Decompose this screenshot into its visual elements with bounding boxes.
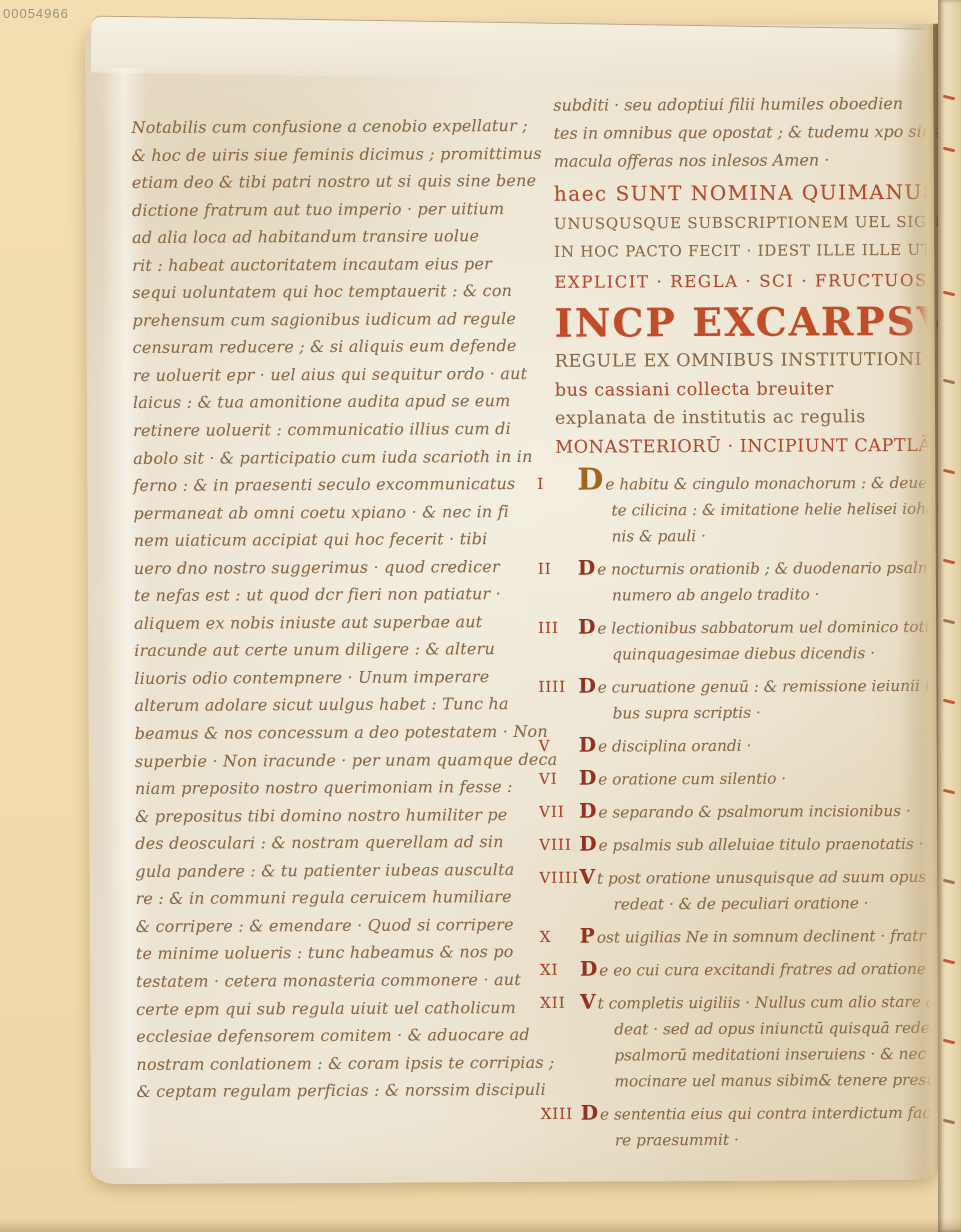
manuscript-line: gula pandere : & tu patienter iubeas aus…	[135, 856, 553, 886]
chapter-numeral: III	[538, 614, 578, 668]
manuscript-line: etiam deo & tibi patri nostro ut si quis…	[132, 167, 550, 197]
next-folio-edge	[938, 0, 961, 1232]
manuscript-line: dictione fratrum aut tuo imperio · per u…	[132, 194, 550, 224]
manuscript-line: abolo sit · & participatio cum iuda scar…	[133, 442, 551, 472]
page-top-edge	[91, 15, 928, 85]
chapter-line-1: e oratione cum silentio ·	[598, 770, 786, 789]
chapter-initial: D	[579, 799, 598, 823]
edge-ink-fragment	[943, 1119, 955, 1125]
chapter-initial: D	[581, 1101, 600, 1125]
manuscript-line: nostram conlationem : & coram ipsis te c…	[136, 1048, 554, 1078]
edge-ink-fragment	[943, 559, 955, 565]
edge-ink-fragment	[943, 379, 955, 385]
edge-ink-fragment	[943, 699, 955, 705]
chapter-numeral: X	[540, 923, 580, 951]
chapter-initial: D	[577, 463, 605, 498]
left-text-column: Notabilis cum confusione a cenobio expel…	[131, 112, 554, 1106]
edge-ink-fragment	[943, 147, 955, 153]
manuscript-line: re uoluerit epr · uel aius qui sequitur …	[133, 360, 551, 390]
manuscript-line: & hoc de uiris siue feminis dicimus ; pr…	[132, 139, 550, 169]
manuscript-line: retinere uoluerit : communicatio illius …	[133, 415, 551, 445]
edge-ink-fragment	[943, 619, 955, 625]
chapter-numeral: XI	[540, 956, 580, 984]
manuscript-line: & ceptam regulam perficias : & norssim d…	[136, 1076, 554, 1106]
manuscript-line: uero dno nostro suggerimus · quod credic…	[134, 553, 552, 583]
chapter-numeral: I	[537, 470, 577, 550]
chapter-line-1: e sententia eius qui contra interdictum …	[600, 1104, 940, 1124]
manuscript-line: permaneat ab omni coetu xpiano · & nec i…	[133, 497, 551, 527]
manuscript-line: des deosculari : & nostram querellam ad …	[135, 828, 553, 858]
chapter-initial: D	[578, 556, 597, 580]
manuscript-line: testatem · cetera monasteria commonere ·…	[136, 966, 554, 996]
manuscript-line: ad alia loca ad habitandum transire uolu…	[132, 222, 550, 252]
manuscript-line: alterum adolare sicut uulgus habet : Tun…	[134, 690, 552, 720]
manuscript-line: certe epm qui sub regula uiuit uel catho…	[136, 993, 554, 1023]
edge-ink-fragment	[943, 789, 955, 795]
scanned-manuscript-photo: 00054966 Notabilis cum confusione a ceno…	[0, 0, 961, 1232]
manuscript-line: ferno : & in praesenti seculo excommunic…	[133, 470, 551, 500]
chapter-initial: D	[579, 766, 598, 790]
edge-ink-fragment	[943, 1039, 955, 1045]
chapter-numeral: VIII	[539, 831, 579, 859]
scan-id-label: 00054966	[3, 6, 69, 21]
manuscript-line: ecclesiae defensorem comitem · & aduocar…	[136, 1021, 554, 1051]
manuscript-line: nem uiaticum accipiat qui hoc fecerit · …	[134, 525, 552, 555]
manuscript-line: te nefas est : ut quod dcr fieri non pat…	[134, 580, 552, 610]
chapter-initial: V	[580, 990, 598, 1014]
manuscript-line: re : & in communi regula ceruicem humili…	[135, 883, 553, 913]
chapter-numeral: VII	[539, 798, 579, 826]
chapter-initial: V	[579, 865, 597, 889]
manuscript-line: Notabilis cum confusione a cenobio expel…	[131, 112, 549, 142]
manuscript-page: Notabilis cum confusione a cenobio expel…	[85, 24, 941, 1184]
manuscript-line: laicus : & tua amonitione audita apud se…	[133, 387, 551, 417]
manuscript-line: rit : habeat auctoritatem incautam eius …	[132, 250, 550, 280]
chapter-numeral: VI	[539, 765, 579, 793]
chapter-numeral: XII	[540, 989, 581, 1095]
chapter-numeral: XIII	[541, 1100, 581, 1154]
manuscript-line: & corripere : & emendare · Quod si corri…	[136, 911, 554, 941]
edge-ink-fragment	[943, 469, 955, 475]
chapter-initial: P	[580, 924, 597, 948]
chapter-initial: D	[578, 674, 597, 698]
manuscript-line: aliquem ex nobis iniuste aut superbae au…	[134, 608, 552, 638]
chapter-numeral: IIII	[538, 673, 578, 727]
manuscript-line: beamus & nos concessum a deo potestatem …	[135, 718, 553, 748]
chapter-initial: D	[579, 733, 598, 757]
chapter-line-1: t completis uigiliis · Nullus cum alio s…	[598, 993, 945, 1013]
manuscript-line: sequi uoluntatem qui hoc temptauerit : &…	[132, 277, 550, 307]
edge-ink-fragment	[943, 95, 955, 101]
chapter-line-1: ost uigilias Ne in somnum declinent · fr…	[597, 927, 926, 947]
manuscript-line: censuram reducere ; & si aliquis eum def…	[133, 332, 551, 362]
manuscript-line: superbie · Non iracunde · per unam quamq…	[135, 745, 553, 775]
chapter-initial: D	[580, 957, 599, 981]
manuscript-line: & prepositus tibi domino nostro humilite…	[135, 800, 553, 830]
manuscript-line: prehensum cum sagionibus iudicum ad regu…	[132, 305, 550, 335]
manuscript-line: te minime uolueris : tunc habeamus & nos…	[136, 938, 554, 968]
chapter-initial: D	[579, 832, 598, 856]
edge-ink-fragment	[943, 959, 955, 965]
chapter-numeral: V	[539, 732, 579, 760]
manuscript-line: iracunde aut certe unum diligere : & alt…	[134, 635, 552, 665]
chapter-line-1: e habitu & cingulo monachorum : & deues	[605, 474, 935, 494]
chapter-initial: D	[578, 615, 597, 639]
manuscript-line: liuoris odio contempnere · Unum imperare	[134, 663, 552, 693]
chapter-line-1: e psalmis sub alleluiae titulo praenotat…	[599, 835, 924, 855]
chapter-line-1: t post oratione unusquisque ad suum opus	[597, 868, 926, 888]
chapter-numeral: II	[538, 555, 578, 609]
chapter-line-1: e separando & psalmorum incisionibus ·	[598, 802, 910, 822]
chapter-line-1: e disciplina orandi ·	[598, 737, 751, 756]
edge-ink-fragment	[943, 291, 955, 297]
manuscript-line: niam preposito nostro querimoniam in fes…	[135, 773, 553, 803]
edge-ink-fragment	[943, 879, 955, 885]
chapter-numeral: VIIII	[539, 864, 579, 918]
